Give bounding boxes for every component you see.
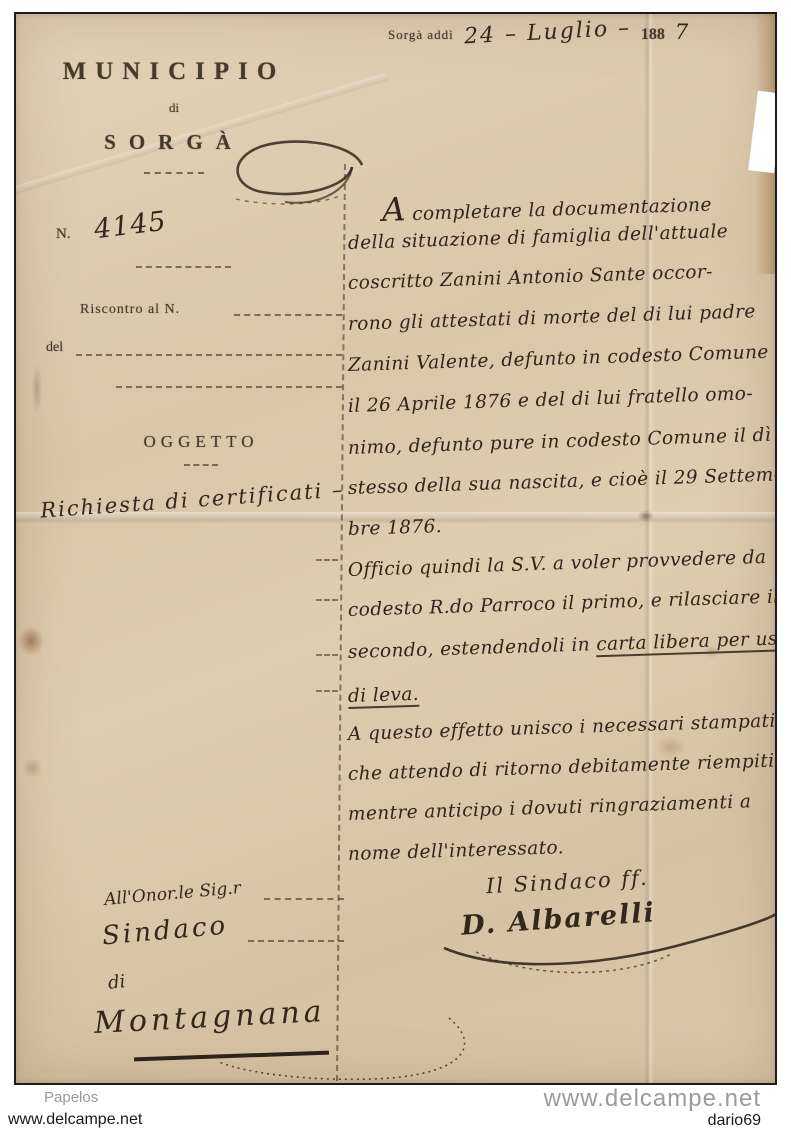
- protocol-number-value: 4145: [92, 206, 168, 246]
- riscontro-label: Riscontro al N.: [80, 302, 180, 318]
- margin-tick: [316, 559, 338, 561]
- margin-tick: [316, 599, 338, 601]
- seller-brand-label: Papelos: [44, 1089, 98, 1106]
- letterhead-municipio: MUNICIPIO: [46, 58, 302, 86]
- ruled-dash-line: [248, 940, 344, 942]
- underlined-phrase: di leva.: [348, 684, 420, 709]
- signature-flourish-icon: [436, 894, 777, 974]
- body-line: che attendo di ritorno debitamente riemp…: [348, 751, 772, 785]
- letter-scan: Sorgà addì 24 – Luglio – 188 7 MUNICIPIO…: [14, 12, 777, 1085]
- dateline: Sorgà addì 24 – Luglio – 188 7: [388, 20, 688, 45]
- oggetto-divider: [184, 464, 218, 466]
- address-honorific: All'Onor.le Sig.r: [103, 878, 241, 910]
- ink-smudge: [32, 364, 42, 414]
- body-line: rono gli attestati di morte del di lui p…: [348, 301, 772, 335]
- ruled-dash-line: [234, 314, 342, 316]
- paper-stain: [22, 758, 42, 778]
- ruled-dash-line: [76, 354, 342, 356]
- margin-tick: [316, 690, 338, 692]
- dateline-year-digit: 7: [675, 20, 688, 44]
- body-line: mentre anticipo i dovuti ringraziamenti …: [348, 791, 772, 825]
- protocol-number-label: N.: [56, 226, 71, 243]
- body-line: codesto R.do Parroco il primo, e rilasci…: [348, 587, 772, 621]
- body-line: stesso della sua nascita, e cioè il 29 S…: [348, 465, 772, 499]
- edge-tear-gap: [748, 91, 777, 174]
- body-line: Zanini Valente, defunto in codesto Comun…: [348, 342, 772, 376]
- margin-rule: [336, 164, 346, 1081]
- margin-tick: [316, 654, 338, 656]
- del-label: del: [46, 340, 63, 356]
- delcampe-url-right: www.delcampe.net: [544, 1085, 761, 1113]
- oggetto-label: OGGETTO: [126, 432, 276, 452]
- body-line: di leva.: [348, 673, 772, 707]
- letterhead-divider: [144, 172, 204, 174]
- watermark-caption: Papelos www.delcampe.net www.delcampe.ne…: [0, 1085, 791, 1131]
- body-line: Officio quindi la S.V. a voler provveder…: [348, 547, 772, 581]
- ruled-dash-line: [136, 266, 231, 268]
- address-flourish-icon: [191, 1014, 481, 1085]
- ink-stain: [18, 626, 44, 656]
- address-title: Sindaco: [101, 911, 229, 952]
- dateline-day-month: 24 – Luglio –: [463, 16, 631, 50]
- body-line: bre 1876.: [348, 506, 772, 540]
- delcampe-listing-image: Sorgà addì 24 – Luglio – 188 7 MUNICIPIO…: [0, 0, 791, 1131]
- body-line-segment: secondo, estendendoli in: [348, 634, 597, 663]
- letterhead-di: di: [46, 100, 302, 116]
- body-line: secondo, estendendoli in carta libera pe…: [348, 629, 772, 663]
- body-line: nimo, defunto pure in codesto Comune il …: [348, 425, 772, 459]
- ruled-dash-line: [116, 386, 342, 388]
- body-line: nome dell'interessato.: [348, 831, 772, 865]
- dateline-place: Sorgà addì: [388, 27, 454, 43]
- body-line: il 26 Aprile 1876 e del di lui fratello …: [348, 383, 772, 417]
- ruled-dash-line: [264, 898, 344, 900]
- underlined-phrase: carta libera per uso: [596, 628, 777, 657]
- body-line: A questo effetto unisco i necessari stam…: [348, 711, 772, 745]
- dateline-year-printed: 188: [641, 26, 665, 44]
- delcampe-url-left: www.delcampe.net: [8, 1111, 142, 1129]
- address-di: di: [107, 971, 126, 994]
- body-line: coscritto Zanini Antonio Sante occor-: [348, 260, 772, 294]
- seller-username: dario69: [708, 1112, 761, 1130]
